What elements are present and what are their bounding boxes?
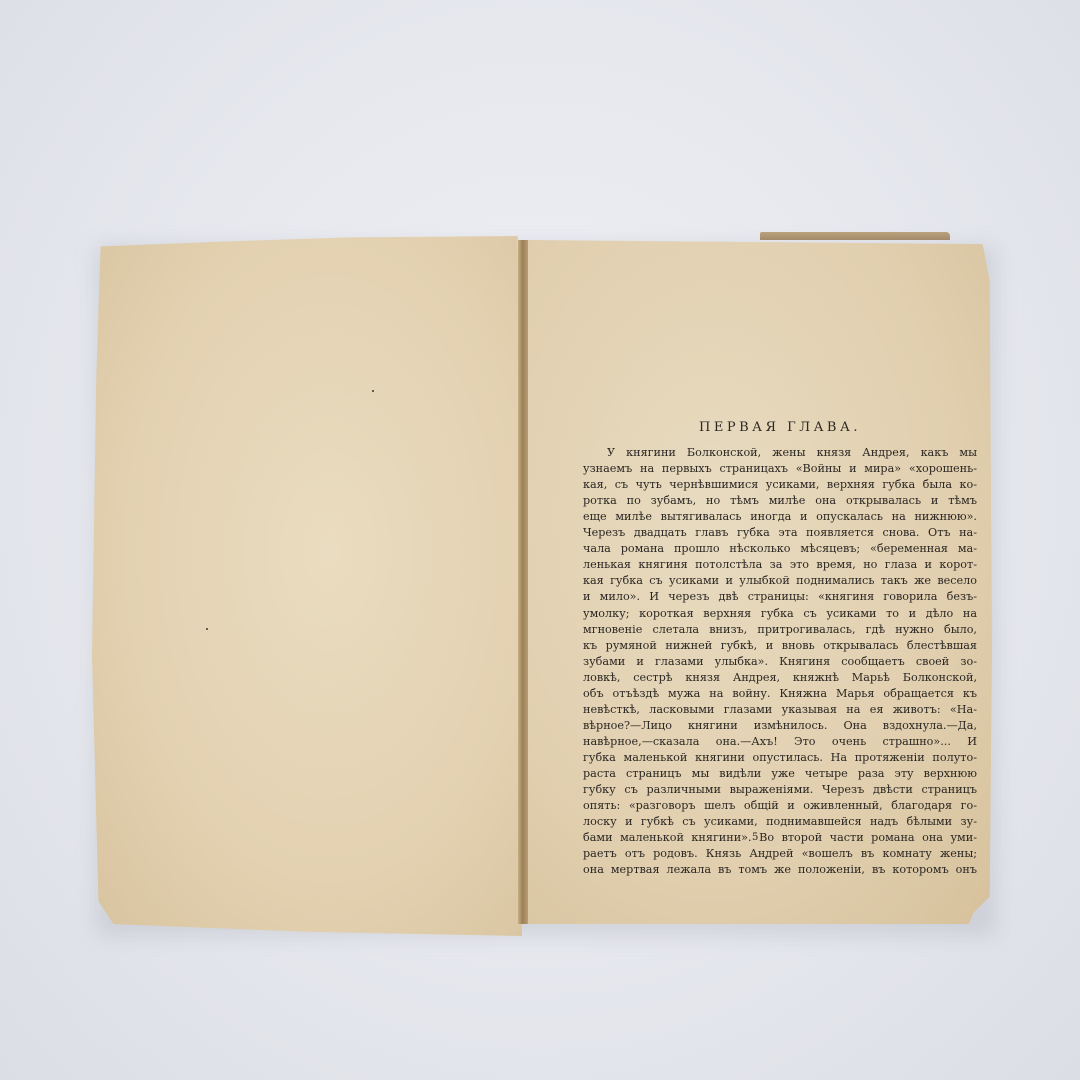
text-line: ловкѣ, сестрѣ князя Андрея, княжнѣ Марьѣ… [583, 670, 977, 686]
text-line: Черезъ двадцать главъ губка эта появляет… [583, 525, 977, 541]
text-line: узнаемъ на первыхъ страницахъ «Войны и м… [583, 461, 977, 477]
text-line: зубами и глазами улыбка». Княгиня сообща… [583, 654, 977, 670]
text-line: кая губка съ усиками и улыбкой поднимали… [583, 573, 977, 589]
text-line: ротка по зубамъ, но тѣмъ милѣе она откры… [583, 493, 977, 509]
left-page-blank [92, 236, 522, 936]
text-line: чала романа прошло нѣсколько мѣсяцевъ; «… [583, 541, 977, 557]
text-line: раста страницъ мы видѣли уже четыре раза… [583, 766, 977, 782]
text-line: она мертвая лежала въ томъ же положеніи,… [583, 862, 977, 878]
text-line: мгновеніе слетала внизъ, притрогивалась,… [583, 622, 977, 638]
text-line: раетъ отъ родовъ. Князь Андрей «вошелъ в… [583, 846, 977, 862]
text-line: губку съ различными выраженіями. Черезъ … [583, 782, 977, 798]
text-line: У княгини Болконской, жены князя Андрея,… [583, 445, 977, 461]
text-line: умолку; короткая верхняя губка съ усикам… [583, 606, 977, 622]
text-line: къ румяной нижней губкѣ, и вновь открыва… [583, 638, 977, 654]
chapter-title: ПЕРВАЯ ГЛАВА. [583, 420, 977, 436]
text-line: лоску и губкѣ съ усиками, поднимавшейся … [583, 814, 977, 830]
text-line: навѣрное,—сказала она.—Ахъ! Это очень ст… [583, 734, 977, 750]
paper-speck [206, 628, 208, 630]
text-line: невѣсткѣ, ласковыми глазами указывая на … [583, 702, 977, 718]
text-line: бами маленькой княгини». Во второй части… [583, 830, 977, 846]
text-line: кая, съ чуть чернѣвшимися усиками, верхн… [583, 477, 977, 493]
text-line: ленькая княгиня потолстѣла за это время,… [583, 557, 977, 573]
text-line: и мило». И черезъ двѣ страницы: «княгиня… [583, 589, 977, 605]
page-number: 5 [752, 832, 758, 843]
text-line: губка маленькой княгини опустилась. На п… [583, 750, 977, 766]
text-line: вѣрное?—Лицо княгини измѣнилось. Она взд… [583, 718, 977, 734]
chapter-text-block: ПЕРВАЯ ГЛАВА. У княгини Болконской, жены… [583, 420, 977, 878]
text-line: объ отъѣздѣ мужа на войну. Княжна Марья … [583, 686, 977, 702]
text-line: еще милѣе вытягивалась иногда и опускала… [583, 509, 977, 525]
page-stack-top-edge [760, 232, 950, 240]
paper-speck [372, 390, 374, 392]
text-line: опять: «разговоръ шелъ общій и оживленны… [583, 798, 977, 814]
book-gutter [518, 240, 528, 924]
